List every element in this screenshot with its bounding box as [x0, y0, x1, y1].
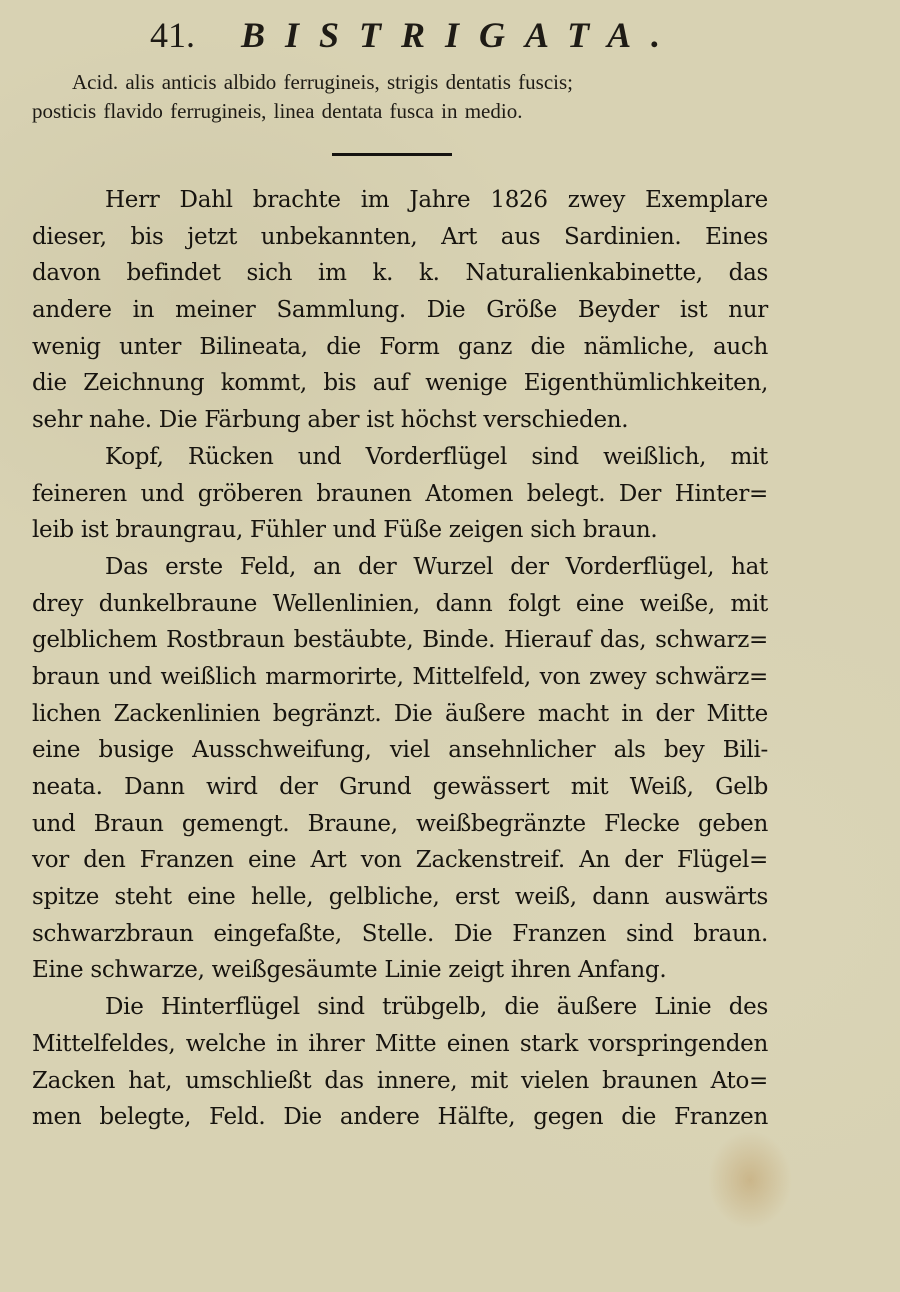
- body-line: Zacken hat, umschließt das innere, mit v…: [32, 1063, 768, 1100]
- description-body: Herr Dahl brachte im Jahre 1826 zwey Exe…: [32, 182, 768, 1136]
- body-line: andere in meiner Sammlung. Die Größe Bey…: [32, 292, 768, 329]
- body-line: lichen Zackenlinien begränzt. Die äußere…: [32, 696, 768, 733]
- body-line: feineren und gröberen braunen Atomen bel…: [32, 476, 768, 513]
- body-line: Kopf, Rücken und Vorderflügel sind weißl…: [32, 439, 768, 476]
- body-line: die Zeichnung kommt, bis auf wenige Eige…: [32, 365, 768, 402]
- body-line: leib ist braungrau, Fühler und Füße zeig…: [32, 512, 768, 549]
- page-number: 41.: [150, 14, 195, 56]
- body-line: drey dunkelbraune Wellenlinien, dann fol…: [32, 586, 768, 623]
- species-title: BISTRIGATA.: [241, 14, 680, 56]
- body-line: men belegte, Feld. Die andere Hälfte, ge…: [32, 1099, 768, 1136]
- latin-diagnosis-line-2: posticis flavido ferrugineis, linea dent…: [32, 99, 802, 124]
- body-line: davon befindet sich im k. k. Naturalienk…: [32, 255, 768, 292]
- body-line: Die Hinterflügel sind trübgelb, die äuße…: [32, 989, 768, 1026]
- book-page: 41. BISTRIGATA. Acid. alis anticis albid…: [0, 0, 900, 1292]
- body-line: sehr nahe. Die Färbung aber ist höchst v…: [32, 402, 768, 439]
- body-line: vor den Franzen eine Art von Zackenstrei…: [32, 842, 768, 879]
- body-line: wenig unter Bilineata, die Form ganz die…: [32, 329, 768, 366]
- body-line: neata. Dann wird der Grund gewässert mit…: [32, 769, 768, 806]
- body-line: Eine schwarze, weißgesäumte Linie zeigt …: [32, 952, 768, 989]
- body-line: Das erste Feld, an der Wurzel der Vorder…: [32, 549, 768, 586]
- body-line: spitze steht eine helle, gelbliche, erst…: [32, 879, 768, 916]
- body-line: Mittelfeldes, welche in ihrer Mitte eine…: [32, 1026, 768, 1063]
- latin-diagnosis-line-1: Acid. alis anticis albido ferrugineis, s…: [72, 70, 842, 95]
- body-line: dieser, bis jetzt unbekannten, Art aus S…: [32, 219, 768, 256]
- body-line: schwarzbraun eingefaßte, Stelle. Die Fra…: [32, 916, 768, 953]
- body-line: eine busige Ausschweifung, viel ansehnli…: [32, 732, 768, 769]
- body-line: und Braun gemengt. Braune, weißbegränzte…: [32, 806, 768, 843]
- body-line: gelblichem Rostbraun bestäubte, Binde. H…: [32, 622, 768, 659]
- body-line: braun und weißlich marmorirte, Mittelfel…: [32, 659, 768, 696]
- page-header: 41. BISTRIGATA.: [150, 14, 790, 64]
- body-line: Herr Dahl brachte im Jahre 1826 zwey Exe…: [32, 182, 768, 219]
- section-divider-rule: [332, 153, 452, 156]
